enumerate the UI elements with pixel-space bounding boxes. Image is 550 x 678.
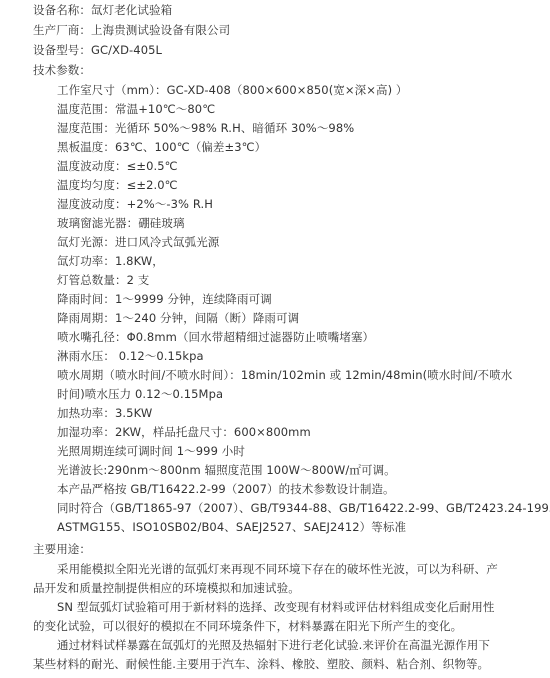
spec-line: 氙灯功率：1.8KW， xyxy=(57,253,164,269)
spec-line: 降雨周期：1～240 分钟，间隔（断）降雨可调 xyxy=(57,310,299,326)
spec-line: 喷水周期（喷水时间/不喷水时间）：18min/102min 或 12min/48… xyxy=(57,367,512,383)
spec-line: 光照周期连续可调时间 1～999 小时 xyxy=(57,443,245,459)
spec-line: ASTMG155、ISO10SB02/B04、SAEJ2527、SAEJ2412… xyxy=(57,519,406,535)
usage-heading: 主要用途： xyxy=(33,541,91,557)
equipment-name: 设备名称：氙灯老化试验箱 xyxy=(33,2,172,18)
spec-line: 黑板温度：63℃、100℃（偏差±3℃） xyxy=(57,139,266,155)
spec-line: 氙灯光源：进口风冷式氙弧光源 xyxy=(57,234,219,250)
spec-line: 时间)喷水压力 0.12～0.15Mpa xyxy=(57,386,223,402)
spec-line: 温度波动度：≤±0.5℃ xyxy=(57,158,178,174)
spec-line: 加湿功率：2KW，样品托盘尺寸：600×800mm xyxy=(57,424,311,440)
spec-line: 温度范围：常温+10℃～80℃ xyxy=(57,101,215,117)
spec-line: 光谱波长:290nm～800nm 辐照度范围 100W～800W/㎡可调。 xyxy=(57,462,396,478)
manufacturer: 生产厂商：上海贵测试验设备有限公司 xyxy=(33,22,230,38)
usage-line: 采用能模拟全阳光光谱的氙弧灯来再现不同环境下存在的破坏性光波，可以为科研、产 xyxy=(57,561,498,577)
equipment-model: 设备型号：GC/XD-405L xyxy=(33,42,162,58)
spec-line: 工作室尺寸（mm）：GC-XD-408（800×600×850(宽×深×高) ） xyxy=(57,82,408,98)
spec-line: 同时符合（GB/T1865-97（2007）、GB/T9344-88、GB/T1… xyxy=(57,500,550,516)
spec-line: 降雨时间：1～9999 分钟，连续降雨可调 xyxy=(57,291,272,307)
spec-line: 湿度波动度：+2%～-3% R.H xyxy=(57,196,213,212)
usage-line: 品开发和质量控制提供相应的环境模拟和加速试验。 xyxy=(33,580,300,596)
usage-line: 的变化试验，可以很好的模拟在不同环境条件下，材料暴露在阳光下所产生的变化。 xyxy=(33,618,462,634)
spec-line: 喷水嘴孔径：Φ0.8mm（回水带超精细过滤器防止喷嘴堵塞） xyxy=(57,329,374,345)
spec-line: 淋雨水压： 0.12～0.15kpa xyxy=(57,348,204,364)
spec-line: 本产品严格按 GB/T16422.2-99（2007）的技术参数设计制造。 xyxy=(57,481,395,497)
spec-line: 加热功率：3.5KW xyxy=(57,405,152,421)
usage-line: 通过材料试样暴露在氙弧灯的光照及热辐射下进行老化试验.来评价在高温光源作用下 xyxy=(57,637,490,653)
tech-params-heading: 技术参数： xyxy=(33,62,91,78)
spec-line: 湿度范围：光循环 50%～98% R.H、暗循环 30%～98% xyxy=(57,120,354,136)
usage-line: SN 型氙弧灯试验箱可用于新材料的选择、改变现有材料或评估材料组成变化后耐用性 xyxy=(57,599,494,615)
usage-line: 某些材料的耐光、耐候性能.主要用于汽车、涂料、橡胶、塑胶、颜料、粘合剂、织物等。 xyxy=(33,656,489,672)
spec-line: 温度均匀度：≤±2.0℃ xyxy=(57,177,178,193)
spec-line: 玻璃窗滤光器：硼硅玻璃 xyxy=(57,215,185,231)
spec-line: 灯管总数量：2 支 xyxy=(57,272,149,288)
